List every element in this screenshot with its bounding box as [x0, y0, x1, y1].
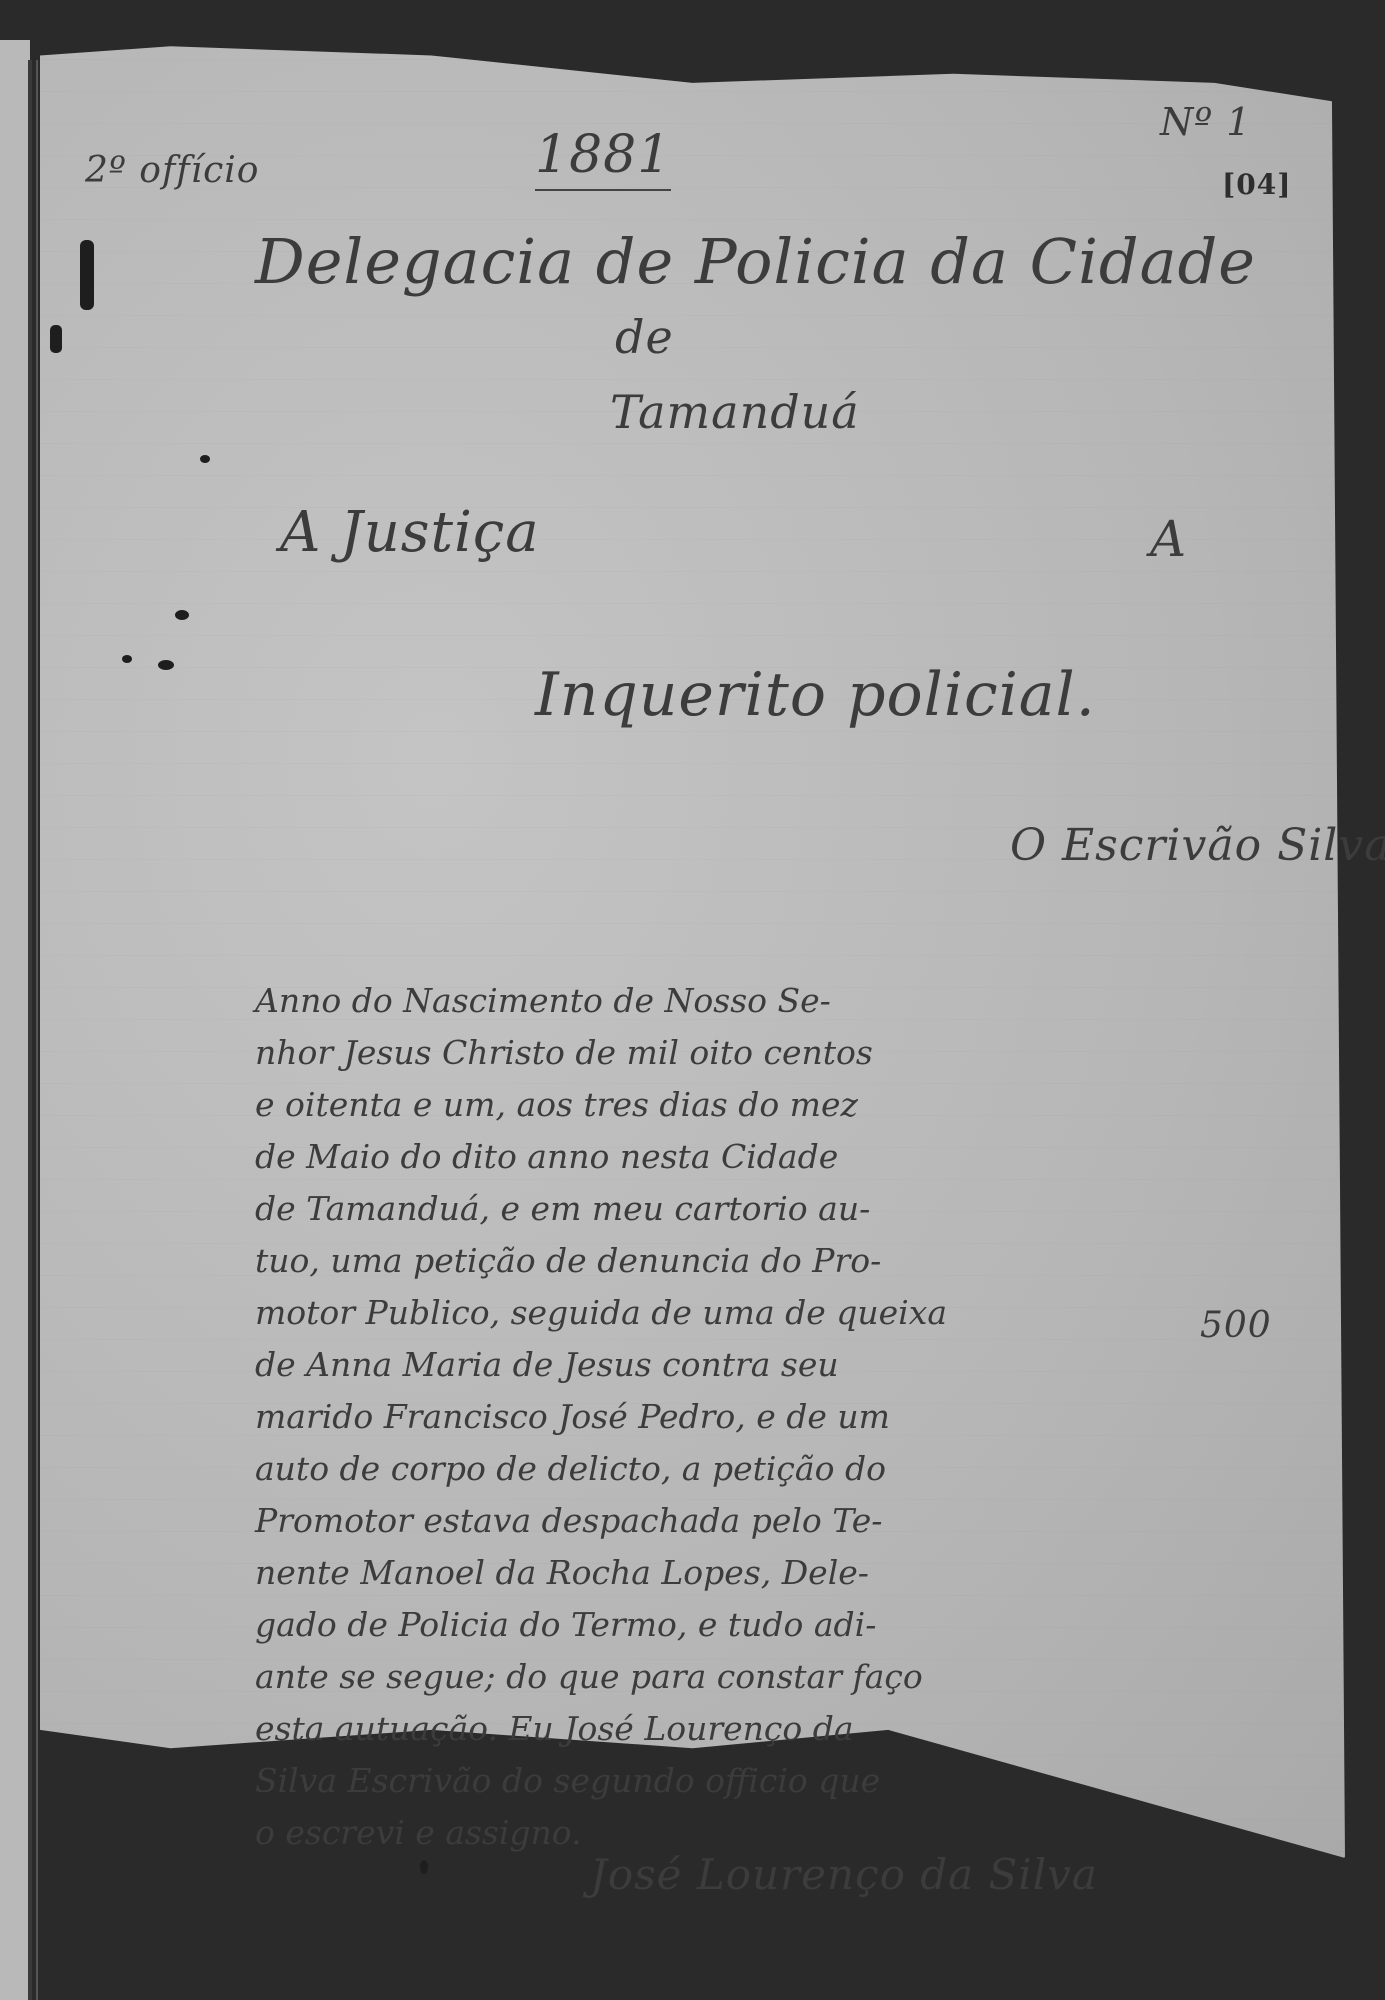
folio-stamp: [04]: [1222, 168, 1291, 201]
page-number: Nº 1: [1160, 100, 1251, 144]
body-line: e oitenta e um, aos tres dias do mez: [255, 1079, 1285, 1131]
heading-line-2: de: [615, 310, 674, 364]
body-line: de Tamanduá, e em meu cartorio au-: [255, 1183, 1285, 1235]
body-text: Anno do Nascimento de Nosso Se- nhor Jes…: [255, 975, 1285, 1859]
addressee-right-mark: A: [1150, 510, 1187, 568]
ink-blot: [175, 610, 189, 620]
clerk-note: O Escrivão Silva: [1010, 820, 1385, 871]
margin-note-office: 2º offício: [85, 150, 259, 191]
heading-line-1: Delegacia de Policia da Cidade: [255, 225, 1256, 298]
body-line: gado de Policia do Termo, e tudo adi-: [255, 1599, 1285, 1651]
adjacent-page-edge: [0, 40, 30, 2000]
body-line: motor Publico, seguida de uma de queixa: [255, 1287, 1285, 1339]
binding-line: [28, 60, 32, 2000]
fee-note: 500: [1200, 1305, 1272, 1346]
binding-line-secondary: [36, 60, 38, 2000]
body-line: Anno do Nascimento de Nosso Se-: [255, 975, 1285, 1027]
document-year: 1881: [535, 125, 671, 191]
ink-blot: [50, 325, 62, 353]
body-line: nente Manoel da Rocha Lopes, Dele-: [255, 1547, 1285, 1599]
heading-line-3: Tamanduá: [610, 385, 860, 439]
body-line: auto de corpo de delicto, a petição do: [255, 1443, 1285, 1495]
body-line: de Anna Maria de Jesus contra seu: [255, 1339, 1285, 1391]
ink-blot: [420, 1860, 428, 1874]
document-type: Inquerito policial.: [535, 660, 1096, 730]
body-line: tuo, uma petição de denuncia do Pro-: [255, 1235, 1285, 1287]
body-line: ante se segue; do que para constar faço: [255, 1651, 1285, 1703]
body-line: marido Francisco José Pedro, e de um: [255, 1391, 1285, 1443]
ink-blot: [200, 455, 210, 463]
body-line: Silva Escrivão do segundo officio que: [255, 1755, 1285, 1807]
body-line: de Maio do dito anno nesta Cidade: [255, 1131, 1285, 1183]
signature: José Lourenço da Silva: [590, 1850, 1098, 1899]
body-line: esta autuação. Eu José Lourenço da: [255, 1703, 1285, 1755]
addressee: A Justiça: [280, 500, 540, 565]
ink-blot: [80, 240, 94, 310]
body-line: nhor Jesus Christo de mil oito centos: [255, 1027, 1285, 1079]
ink-blot: [122, 655, 132, 663]
body-line: Promotor estava despachada pelo Te-: [255, 1495, 1285, 1547]
ink-blot: [158, 660, 174, 670]
